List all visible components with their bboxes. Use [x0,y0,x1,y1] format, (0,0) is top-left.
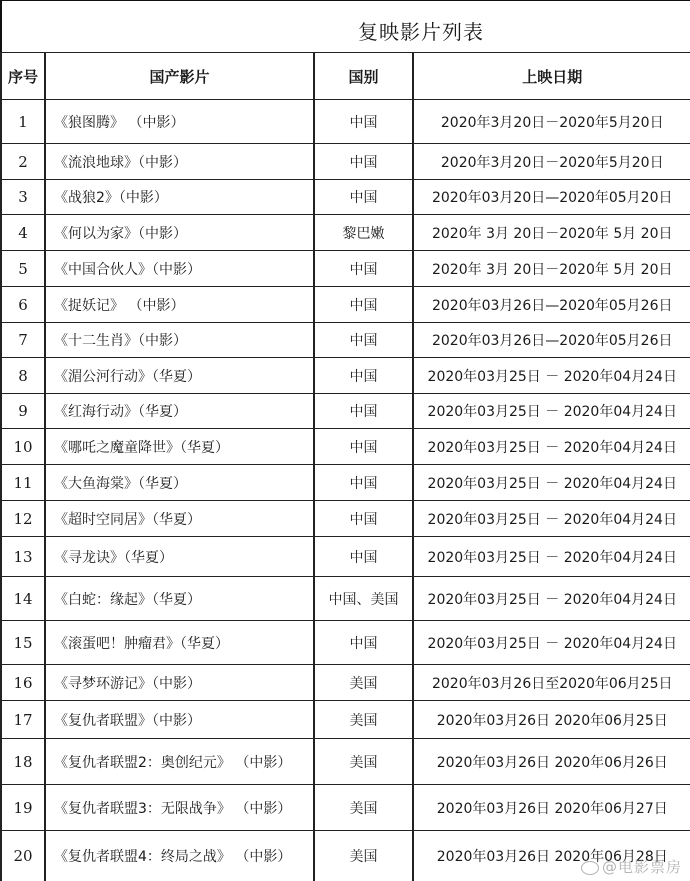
row-index: 9 [1,394,45,429]
table-row: 13《寻龙诀》（华夏）中国2020年03月25日 － 2020年04月24日 [1,537,690,577]
film-title: 《中国合伙人》（中影） [45,251,314,287]
row-index: 11 [1,465,45,501]
table-title: 复映影片列表 [2,16,690,45]
row-index: 4 [1,215,45,251]
film-title: 《白蛇：缘起》（华夏） [45,577,314,621]
release-date-range: 2020年03月25日 － 2020年04月24日 [413,621,690,665]
film-title: 《红海行动》（华夏） [45,394,314,429]
film-title: 《寻龙诀》（华夏） [45,537,314,577]
film-country: 中国、美国 [314,577,413,621]
release-date-range: 2020年3月20日－2020年5月20日 [413,100,690,144]
table-row: 11《大鱼海棠》（华夏）中国2020年03月25日 － 2020年04月24日 [1,465,690,501]
table-row: 5《中国合伙人》（中影）中国2020年 3月 20日－2020年 5月 20日 [1,251,690,287]
film-country: 中国 [314,358,413,394]
row-index: 10 [1,429,45,465]
weibo-icon [581,861,599,875]
release-date-range: 2020年3月20日－2020年5月20日 [413,144,690,180]
film-country: 中国 [314,100,413,144]
film-country: 中国 [314,465,413,501]
film-country: 中国 [314,429,413,465]
row-index: 14 [1,577,45,621]
row-index: 2 [1,144,45,180]
film-country: 美国 [314,739,413,785]
table-row: 3《战狼2》（中影）中国2020年03月20日—2020年05月20日 [1,180,690,215]
row-index: 15 [1,621,45,665]
rerelease-films-table: 序号 国产影片 国别 上映日期 1《狼图腾》 （中影）中国2020年3月20日－… [0,52,690,881]
release-date-range: 2020年03月25日 － 2020年04月24日 [413,537,690,577]
film-country: 中国 [314,621,413,665]
release-date-range: 2020年03月20日—2020年05月20日 [413,180,690,215]
row-index: 6 [1,287,45,323]
table-row: 1《狼图腾》 （中影）中国2020年3月20日－2020年5月20日 [1,100,690,144]
header-date: 上映日期 [413,53,690,100]
release-date-range: 2020年03月26日至2020年06月25日 [413,665,690,701]
film-country: 中国 [314,323,413,358]
film-title: 《复仇者联盟》（中影） [45,701,314,739]
table-row: 6《捉妖记》 （中影）中国2020年03月26日—2020年05月26日 [1,287,690,323]
film-title: 《复仇者联盟4：终局之战》 （中影） [45,831,314,881]
film-title: 《复仇者联盟3：无限战争》 （中影） [45,785,314,831]
film-country: 中国 [314,251,413,287]
release-date-range: 2020年 3月 20日－2020年 5月 20日 [413,251,690,287]
film-country: 中国 [314,394,413,429]
release-date-range: 2020年03月26日 2020年06月26日 [413,739,690,785]
table-row: 8《湄公河行动》（华夏）中国2020年03月25日 － 2020年04月24日 [1,358,690,394]
table-row: 19《复仇者联盟3：无限战争》 （中影）美国2020年03月26日 2020年0… [1,785,690,831]
film-country: 中国 [314,537,413,577]
header-film: 国产影片 [45,53,314,100]
table-row: 16《寻梦环游记》（中影）美国2020年03月26日至2020年06月25日 [1,665,690,701]
film-title: 《超时空同居》（华夏） [45,501,314,537]
release-date-range: 2020年03月25日 － 2020年04月24日 [413,358,690,394]
table-row: 10《哪吒之魔童降世》（华夏）中国2020年03月25日 － 2020年04月2… [1,429,690,465]
film-title: 《湄公河行动》（华夏） [45,358,314,394]
row-index: 13 [1,537,45,577]
header-country: 国别 [314,53,413,100]
release-date-range: 2020年03月26日 2020年06月25日 [413,701,690,739]
film-country: 美国 [314,831,413,881]
film-title: 《捉妖记》 （中影） [45,287,314,323]
row-index: 16 [1,665,45,701]
spreadsheet: 复映影片列表 序号 国产影片 国别 上映日期 1《狼图腾》 （中影）中国2020… [0,0,690,881]
film-title: 《复仇者联盟2：奥创纪元》 （中影） [45,739,314,785]
watermark-text: @电影票房 [602,858,682,876]
title-row: 复映影片列表 [0,0,690,53]
film-title: 《哪吒之魔童降世》（华夏） [45,429,314,465]
release-date-range: 2020年03月25日 － 2020年04月24日 [413,577,690,621]
table-row: 9《红海行动》（华夏）中国2020年03月25日 － 2020年04月24日 [1,394,690,429]
film-title: 《何以为家》（中影） [45,215,314,251]
table-row: 17《复仇者联盟》（中影）美国2020年03月26日 2020年06月25日 [1,701,690,739]
film-title: 《滚蛋吧！肿瘤君》（华夏） [45,621,314,665]
film-country: 美国 [314,785,413,831]
release-date-range: 2020年03月25日 － 2020年04月24日 [413,501,690,537]
row-index: 5 [1,251,45,287]
row-index: 12 [1,501,45,537]
row-index: 18 [1,739,45,785]
film-title: 《流浪地球》（中影） [45,144,314,180]
table-row: 14《白蛇：缘起》（华夏）中国、美国2020年03月25日 － 2020年04月… [1,577,690,621]
film-country: 黎巴嫩 [314,215,413,251]
header-index: 序号 [1,53,45,100]
film-title: 《寻梦环游记》（中影） [45,665,314,701]
film-country: 中国 [314,501,413,537]
release-date-range: 2020年 3月 20日－2020年 5月 20日 [413,215,690,251]
header-row: 序号 国产影片 国别 上映日期 [1,53,690,100]
film-country: 美国 [314,701,413,739]
release-date-range: 2020年03月26日 2020年06月27日 [413,785,690,831]
row-index: 17 [1,701,45,739]
row-index: 1 [1,100,45,144]
table-row: 2《流浪地球》（中影）中国2020年3月20日－2020年5月20日 [1,144,690,180]
release-date-range: 2020年03月25日 － 2020年04月24日 [413,429,690,465]
row-index: 3 [1,180,45,215]
release-date-range: 2020年03月25日 － 2020年04月24日 [413,465,690,501]
table-row: 12《超时空同居》（华夏）中国2020年03月25日 － 2020年04月24日 [1,501,690,537]
film-title: 《战狼2》（中影） [45,180,314,215]
film-country: 中国 [314,144,413,180]
release-date-range: 2020年03月25日 － 2020年04月24日 [413,394,690,429]
film-country: 中国 [314,180,413,215]
row-index: 8 [1,358,45,394]
release-date-range: 2020年03月26日—2020年05月26日 [413,287,690,323]
row-index: 7 [1,323,45,358]
film-title: 《大鱼海棠》（华夏） [45,465,314,501]
row-index: 20 [1,831,45,881]
film-title: 《十二生肖》（中影） [45,323,314,358]
table-row: 18《复仇者联盟2：奥创纪元》 （中影）美国2020年03月26日 2020年0… [1,739,690,785]
film-country: 美国 [314,665,413,701]
film-country: 中国 [314,287,413,323]
release-date-range: 2020年03月26日—2020年05月26日 [413,323,690,358]
row-index: 19 [1,785,45,831]
table-row: 7《十二生肖》（中影）中国2020年03月26日—2020年05月26日 [1,323,690,358]
watermark: @电影票房 [581,856,682,877]
table-row: 15《滚蛋吧！肿瘤君》（华夏）中国2020年03月25日 － 2020年04月2… [1,621,690,665]
film-title: 《狼图腾》 （中影） [45,100,314,144]
table-row: 4《何以为家》（中影）黎巴嫩2020年 3月 20日－2020年 5月 20日 [1,215,690,251]
